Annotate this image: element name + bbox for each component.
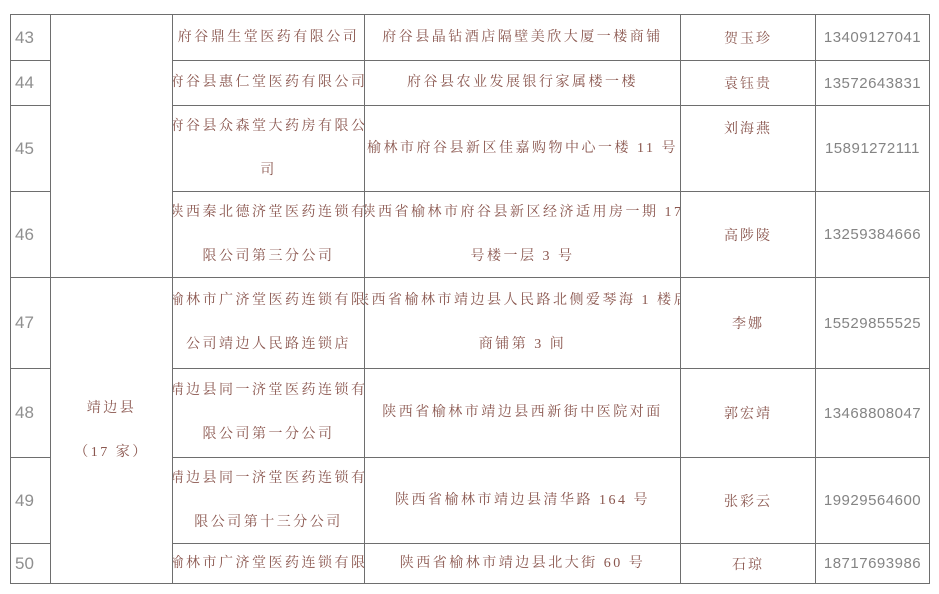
contact-cell: 石琼 <box>681 544 816 584</box>
contact-cell: 郭宏靖 <box>681 369 816 458</box>
contact-cell: 刘海燕 <box>681 106 816 192</box>
phone-cell: 13572643831 <box>816 61 930 106</box>
company-cell: 靖边县同一济堂医药连锁有 限公司第十三分公司 <box>173 458 365 544</box>
phone-cell: 15529855525 <box>816 278 930 369</box>
row-number: 48 <box>11 369 51 458</box>
contact-cell: 李娜 <box>681 278 816 369</box>
row-number: 46 <box>11 192 51 278</box>
county-cell-jingbian: 靖边县 （17 家） <box>51 278 173 584</box>
address-cell: 陕西省榆林市府谷县新区经济适用房一期 17 号楼一层 3 号 <box>365 192 681 278</box>
address-cell: 陕西省榆林市靖边县北大街 60 号 <box>365 544 681 584</box>
company-cell: 榆林市广济堂医药连锁有限 <box>173 544 365 584</box>
phone-cell: 18717693986 <box>816 544 930 584</box>
county-cell-empty <box>51 15 173 278</box>
phone-cell: 13259384666 <box>816 192 930 278</box>
address-cell: 榆林市府谷县新区佳嘉购物中心一楼 11 号 <box>365 106 681 192</box>
company-cell: 府谷鼎生堂医药有限公司 <box>173 15 365 61</box>
company-cell: 陕西秦北德济堂医药连锁有 限公司第三分公司 <box>173 192 365 278</box>
company-cell: 府谷县众森堂大药房有限公 司 <box>173 106 365 192</box>
phone-cell: 13409127041 <box>816 15 930 61</box>
contact-cell: 张彩云 <box>681 458 816 544</box>
company-cell: 府谷县惠仁堂医药有限公司 <box>173 61 365 106</box>
company-cell: 榆林市广济堂医药连锁有限 公司靖边人民路连锁店 <box>173 278 365 369</box>
row-number: 47 <box>11 278 51 369</box>
company-cell: 靖边县同一济堂医药连锁有 限公司第一分公司 <box>173 369 365 458</box>
row-number: 44 <box>11 61 51 106</box>
row-number: 45 <box>11 106 51 192</box>
row-number: 50 <box>11 544 51 584</box>
contact-cell: 贺玉珍 <box>681 15 816 61</box>
row-number: 43 <box>11 15 51 61</box>
phone-cell: 19929564600 <box>816 458 930 544</box>
address-cell: 陕西省榆林市靖边县人民路北侧爱琴海 1 楼后 商铺第 3 间 <box>365 278 681 369</box>
address-cell: 陕西省榆林市靖边县清华路 164 号 <box>365 458 681 544</box>
phone-cell: 15891272111 <box>816 106 930 192</box>
contact-cell: 袁钰贵 <box>681 61 816 106</box>
address-cell: 府谷县农业发展银行家属楼一楼 <box>365 61 681 106</box>
pharmacy-table: 靖边县 （17 家） 43 府谷鼎生堂医药有限公司 府谷县晶钻酒店隔壁美欣大厦一… <box>10 14 930 584</box>
phone-cell: 13468808047 <box>816 369 930 458</box>
address-cell: 府谷县晶钻酒店隔壁美欣大厦一楼商铺 <box>365 15 681 61</box>
address-cell: 陕西省榆林市靖边县西新街中医院对面 <box>365 369 681 458</box>
document-page: 靖边县 （17 家） 43 府谷鼎生堂医药有限公司 府谷县晶钻酒店隔壁美欣大厦一… <box>0 0 939 594</box>
row-number: 49 <box>11 458 51 544</box>
contact-cell: 高陟陵 <box>681 192 816 278</box>
